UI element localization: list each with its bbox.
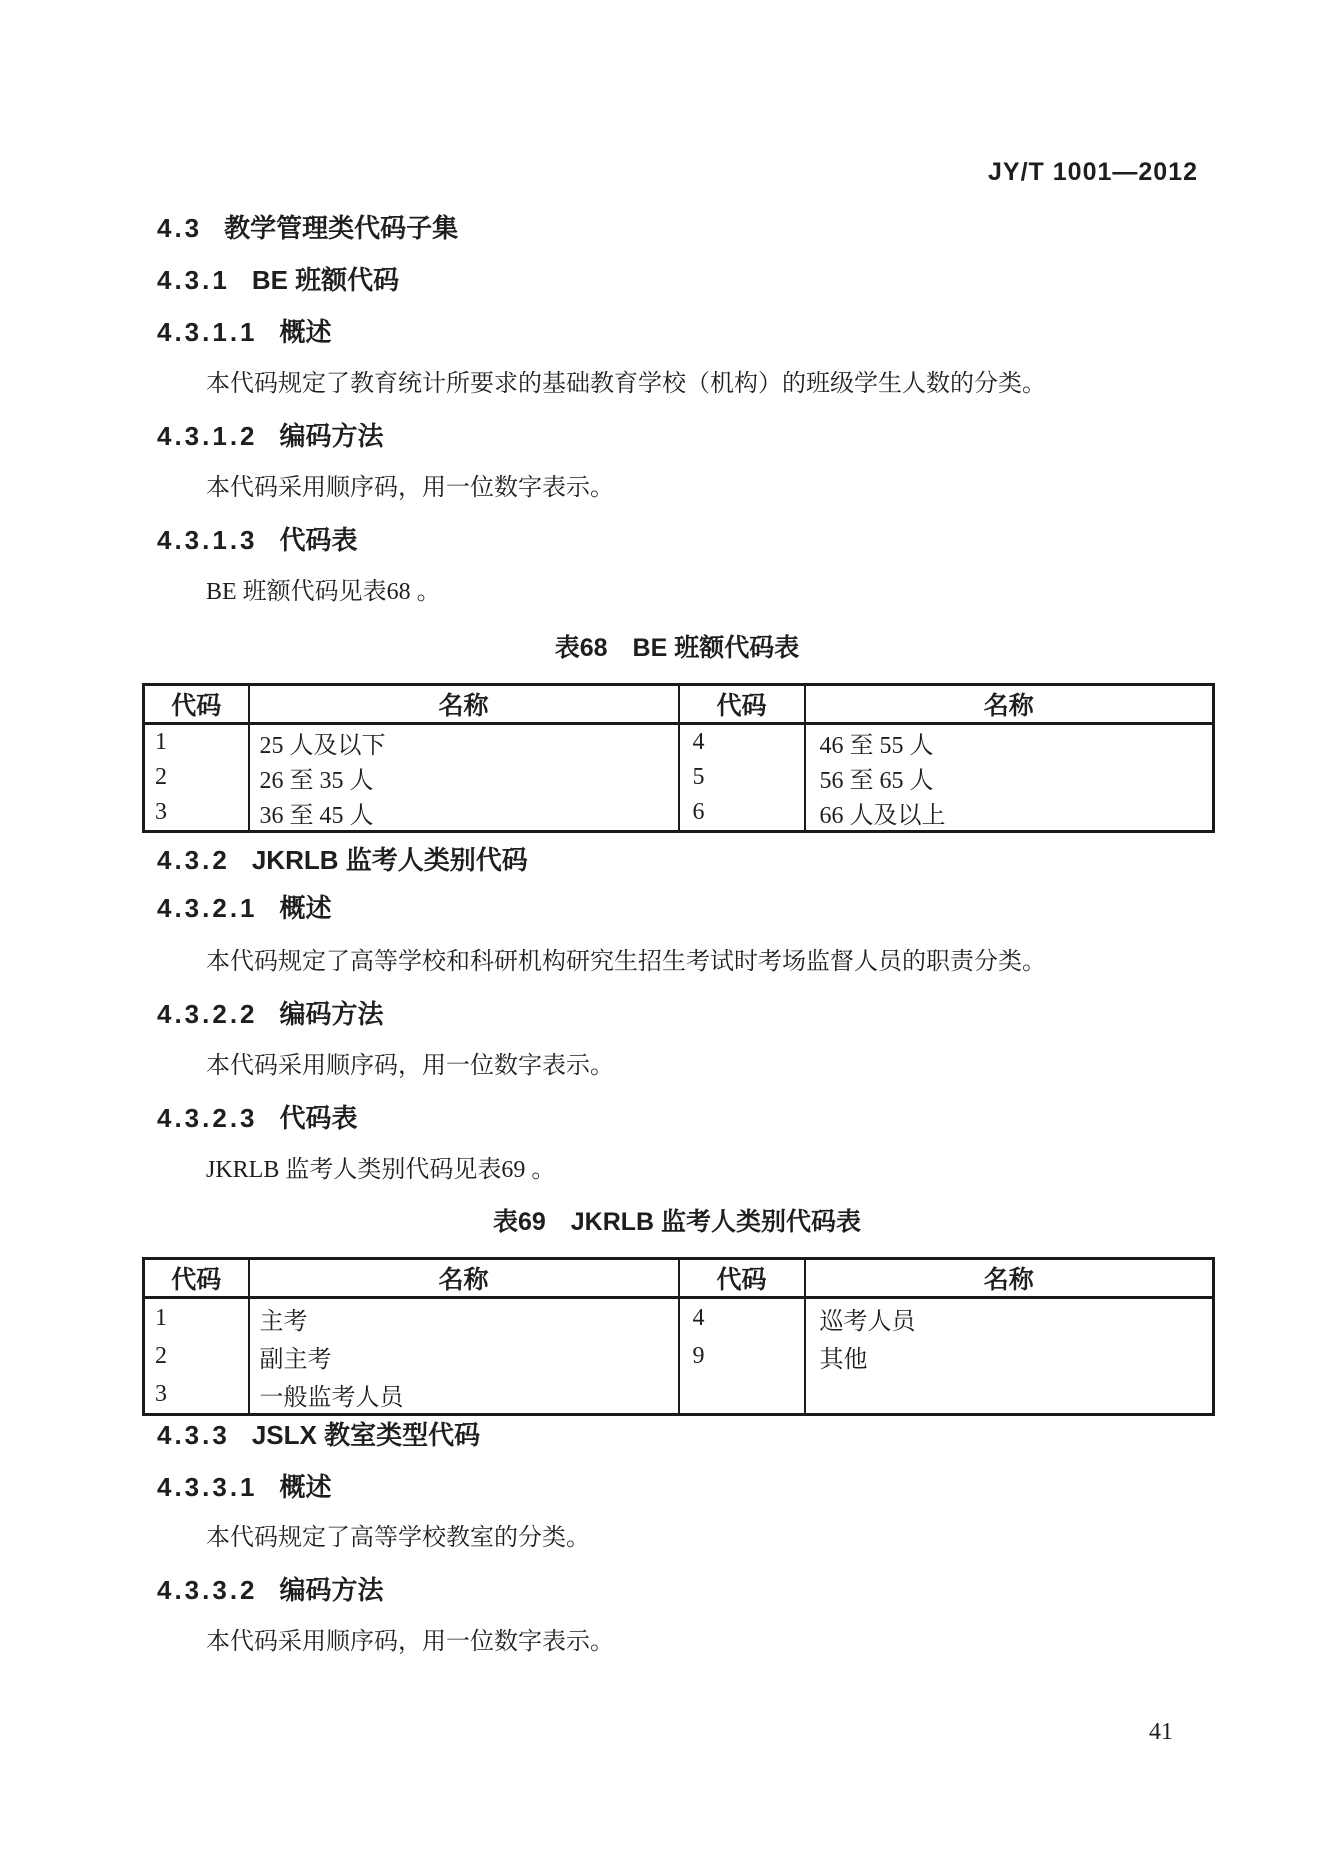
document-page: JY/T 1001—2012 4.3教学管理类代码子集 4.3.1BE 班额代码… [0, 0, 1323, 1871]
table-row: 3 36 至 45 人 6 66 人及以上 [144, 795, 1214, 832]
table-cell: 主考 [249, 1298, 679, 1338]
table-69: 代码 名称 代码 名称 1 主考 4 巡考人员 2 副主考 9 其他 3 一般监… [142, 1257, 1215, 1416]
table-cell: 其他 [805, 1337, 1214, 1375]
heading-title: JSLX 教室类型代码 [252, 1420, 480, 1450]
paragraph-4-3-3-2: 本代码采用顺序码，用一位数字表示。 [206, 1626, 614, 1658]
heading-number: 4.3.3.1 [157, 1472, 258, 1502]
heading-number: 4.3.2.2 [157, 999, 258, 1029]
heading-4-3-1: 4.3.1BE 班额代码 [157, 264, 399, 296]
heading-number: 4.3.3.2 [157, 1575, 258, 1605]
table-cell: 9 [679, 1337, 805, 1375]
heading-4-3-2-1: 4.3.2.1概述 [157, 892, 332, 924]
heading-title: 概述 [280, 893, 332, 923]
table-cell: 一般监考人员 [249, 1375, 679, 1415]
column-header-code-right: 代码 [679, 685, 805, 724]
heading-number: 4.3.1 [157, 265, 230, 295]
paragraph-4-3-1-1: 本代码规定了教育统计所要求的基础教育学校（机构）的班级学生人数的分类。 [206, 368, 1046, 400]
heading-number: 4.3.2 [157, 845, 230, 875]
table-cell: 26 至 35 人 [249, 760, 679, 795]
heading-title: 编码方法 [280, 1575, 384, 1605]
column-header-name-right: 名称 [805, 685, 1214, 724]
paragraph-4-3-1-3: BE 班额代码见表68 。 [206, 576, 441, 608]
page-number: 41 [1149, 1716, 1173, 1748]
heading-title: 编码方法 [280, 421, 384, 451]
table-69-caption: 表69 JKRLB 监考人类别代码表 [142, 1206, 1212, 1238]
table-cell: 5 [679, 760, 805, 795]
table-cell: 2 [144, 760, 249, 795]
heading-title: 概述 [280, 317, 332, 347]
heading-4-3-2-2: 4.3.2.2编码方法 [157, 998, 384, 1030]
heading-title: 编码方法 [280, 999, 384, 1029]
paragraph-4-3-2-1: 本代码规定了高等学校和科研机构研究生招生考试时考场监督人员的职责分类。 [206, 946, 1046, 978]
table-cell [805, 1375, 1214, 1415]
paragraph-4-3-3-1: 本代码规定了高等学校教室的分类。 [206, 1522, 590, 1554]
heading-title: 代码表 [280, 1103, 358, 1133]
column-header-code-left: 代码 [144, 1259, 249, 1298]
heading-4-3-1-1: 4.3.1.1概述 [157, 316, 332, 348]
table-cell: 4 [679, 1298, 805, 1338]
heading-title: BE 班额代码 [252, 265, 399, 295]
table-row: 2 副主考 9 其他 [144, 1337, 1214, 1375]
table-68: 代码 名称 代码 名称 1 25 人及以下 4 46 至 55 人 2 26 至… [142, 683, 1215, 833]
table-cell: 巡考人员 [805, 1298, 1214, 1338]
table-cell: 1 [144, 1298, 249, 1338]
heading-4-3: 4.3教学管理类代码子集 [157, 212, 458, 244]
table-cell [679, 1375, 805, 1415]
table-cell: 46 至 55 人 [805, 724, 1214, 761]
table-cell: 3 [144, 1375, 249, 1415]
table-68-caption: 表68 BE 班额代码表 [142, 632, 1212, 664]
table-header-row: 代码 名称 代码 名称 [144, 685, 1214, 724]
heading-number: 4.3.1.2 [157, 421, 258, 451]
doc-code: JY/T 1001—2012 [988, 156, 1198, 188]
table-row: 2 26 至 35 人 5 56 至 65 人 [144, 760, 1214, 795]
table-cell: 2 [144, 1337, 249, 1375]
heading-title: 代码表 [280, 525, 358, 555]
heading-title: 教学管理类代码子集 [224, 213, 458, 243]
heading-4-3-3-2: 4.3.3.2编码方法 [157, 1574, 384, 1606]
table-row: 1 25 人及以下 4 46 至 55 人 [144, 724, 1214, 761]
column-header-code-left: 代码 [144, 685, 249, 724]
column-header-name-left: 名称 [249, 685, 679, 724]
column-header-name-right: 名称 [805, 1259, 1214, 1298]
table-cell: 6 [679, 795, 805, 832]
heading-number: 4.3 [157, 213, 202, 243]
table-cell: 25 人及以下 [249, 724, 679, 761]
paragraph-4-3-2-2: 本代码采用顺序码，用一位数字表示。 [206, 1050, 614, 1082]
table-header-row: 代码 名称 代码 名称 [144, 1259, 1214, 1298]
heading-number: 4.3.2.1 [157, 893, 258, 923]
heading-number: 4.3.1.1 [157, 317, 258, 347]
paragraph-4-3-1-2: 本代码采用顺序码，用一位数字表示。 [206, 472, 614, 504]
heading-4-3-2: 4.3.2JKRLB 监考人类别代码 [157, 844, 528, 876]
table-row: 3 一般监考人员 [144, 1375, 1214, 1415]
table-cell: 副主考 [249, 1337, 679, 1375]
column-header-code-right: 代码 [679, 1259, 805, 1298]
heading-4-3-1-2: 4.3.1.2编码方法 [157, 420, 384, 452]
table-cell: 1 [144, 724, 249, 761]
table-cell: 3 [144, 795, 249, 832]
column-header-name-left: 名称 [249, 1259, 679, 1298]
table-row: 1 主考 4 巡考人员 [144, 1298, 1214, 1338]
heading-title: 概述 [280, 1472, 332, 1502]
heading-number: 4.3.2.3 [157, 1103, 258, 1133]
heading-4-3-1-3: 4.3.1.3代码表 [157, 524, 358, 556]
heading-number: 4.3.3 [157, 1420, 230, 1450]
heading-4-3-2-3: 4.3.2.3代码表 [157, 1102, 358, 1134]
heading-title: JKRLB 监考人类别代码 [252, 845, 528, 875]
heading-number: 4.3.1.3 [157, 525, 258, 555]
heading-4-3-3: 4.3.3JSLX 教室类型代码 [157, 1419, 480, 1451]
table-cell: 56 至 65 人 [805, 760, 1214, 795]
table-cell: 4 [679, 724, 805, 761]
table-cell: 66 人及以上 [805, 795, 1214, 832]
heading-4-3-3-1: 4.3.3.1概述 [157, 1471, 332, 1503]
paragraph-4-3-2-3: JKRLB 监考人类别代码见表69 。 [206, 1154, 555, 1186]
table-cell: 36 至 45 人 [249, 795, 679, 832]
